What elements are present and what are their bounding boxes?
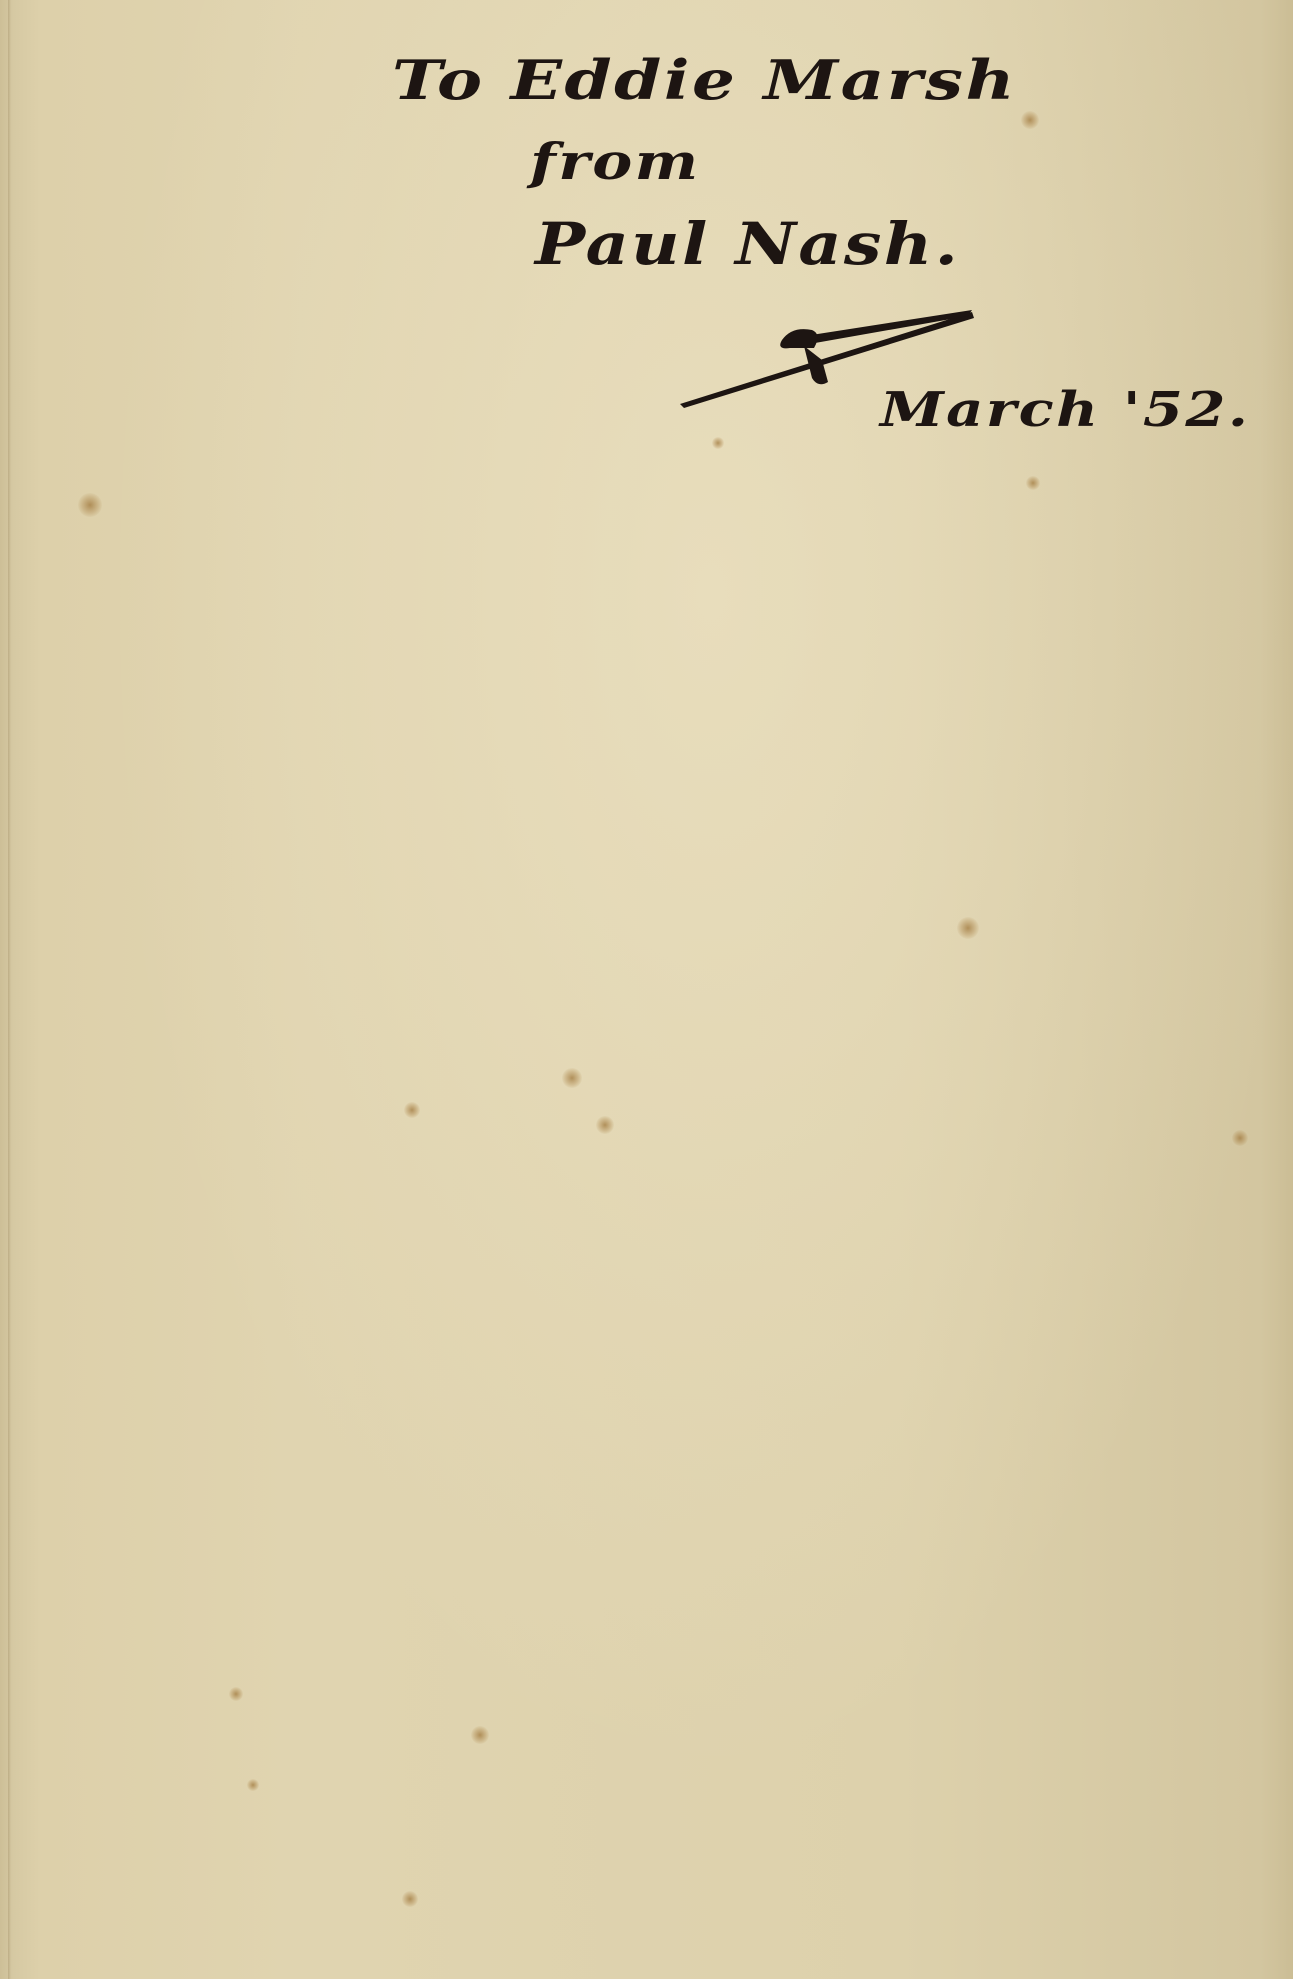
- foxing-spot: [471, 1726, 489, 1744]
- foxing-spot: [562, 1068, 582, 1088]
- foxing-spot: [596, 1116, 614, 1134]
- inscription-recipient: To Eddie Marsh: [392, 48, 1017, 112]
- foxing-spot: [404, 1102, 420, 1118]
- foxing-spot: [1232, 1130, 1248, 1146]
- inscription-signature: Paul Nash.: [535, 210, 960, 278]
- foxing-spot: [1026, 476, 1040, 490]
- inscription-from: from: [530, 132, 701, 191]
- foxing-spot: [247, 1779, 259, 1791]
- foxing-spot: [957, 917, 979, 939]
- foxing-spot: [402, 1891, 418, 1907]
- foxing-spot: [229, 1687, 243, 1701]
- foxing-spot: [1021, 111, 1039, 129]
- foxing-spot: [712, 437, 724, 449]
- foxing-spot: [78, 493, 102, 517]
- book-page: To Eddie Marsh from Paul Nash. March '52…: [0, 0, 1293, 1979]
- page-gutter-edge: [8, 0, 11, 1979]
- inscription-date: March '52.: [880, 382, 1250, 438]
